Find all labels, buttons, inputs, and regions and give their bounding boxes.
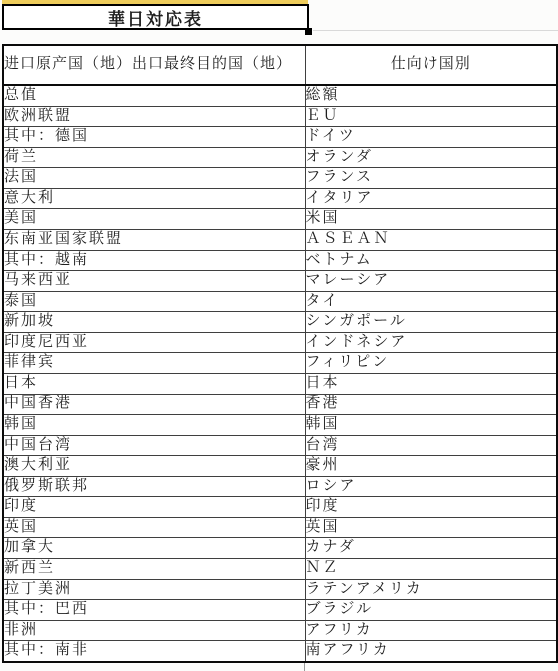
source-country-cell[interactable]: 泰国 — [3, 291, 305, 312]
title-cell[interactable]: 華日対応表 — [2, 4, 309, 30]
table-row: 澳大利亚豪州 — [3, 456, 557, 477]
destination-country-cell[interactable]: 韩国 — [305, 415, 557, 436]
source-country-cell[interactable]: 欧洲联盟 — [3, 106, 305, 127]
destination-country-cell[interactable]: ロシア — [305, 476, 557, 497]
destination-country-cell[interactable]: 米国 — [305, 209, 557, 230]
destination-country-cell[interactable]: ＡＳＥＡＮ — [305, 230, 557, 251]
table-row: 新加坡シンガポール — [3, 312, 557, 333]
table-row: 法国フランス — [3, 168, 557, 189]
destination-country-cell[interactable]: 日本 — [305, 373, 557, 394]
table-row: 印度尼西亚インドネシア — [3, 332, 557, 353]
destination-country-cell[interactable]: 印度 — [305, 497, 557, 518]
table-row: 拉丁美洲ラテンアメリカ — [3, 579, 557, 600]
table-row: 非洲アフリカ — [3, 620, 557, 641]
table-row: 其中：南非南アフリカ — [3, 641, 557, 662]
destination-country-cell[interactable]: カナダ — [305, 538, 557, 559]
table-row: 加拿大カナダ — [3, 538, 557, 559]
destination-country-cell[interactable]: シンガポール — [305, 312, 557, 333]
source-country-cell[interactable]: 新西兰 — [3, 559, 305, 580]
selection-fill-handle[interactable] — [305, 28, 312, 35]
destination-country-cell[interactable]: ベトナム — [305, 250, 557, 271]
source-country-cell[interactable]: 印度尼西亚 — [3, 332, 305, 353]
source-country-cell[interactable]: 其中：南非 — [3, 641, 305, 662]
source-country-cell[interactable]: 东南亚国家联盟 — [3, 230, 305, 251]
source-country-cell[interactable]: 荷兰 — [3, 147, 305, 168]
table-row: 韩国韩国 — [3, 415, 557, 436]
destination-country-cell[interactable]: フランス — [305, 168, 557, 189]
table-row: 东南亚国家联盟ＡＳＥＡＮ — [3, 230, 557, 251]
source-country-cell[interactable]: 其中：德国 — [3, 127, 305, 148]
table-row: 总值総額 — [3, 85, 557, 106]
source-country-cell[interactable]: 英国 — [3, 517, 305, 538]
table-row: 欧洲联盟ＥＵ — [3, 106, 557, 127]
destination-country-cell[interactable]: オランダ — [305, 147, 557, 168]
table-row: 其中：德国ドイツ — [3, 127, 557, 148]
source-country-cell[interactable]: 日本 — [3, 373, 305, 394]
source-country-cell[interactable]: 中国台湾 — [3, 435, 305, 456]
table-header-row: 进口原产国（地）出口最终目的国（地） 仕向け国別 — [3, 45, 557, 85]
table-row: 菲律宾フィリピン — [3, 353, 557, 374]
destination-country-cell[interactable]: 総額 — [305, 85, 557, 106]
source-country-cell[interactable]: 法国 — [3, 168, 305, 189]
correspondence-table: 进口原产国（地）出口最终目的国（地） 仕向け国別 总值総額欧洲联盟ＥＵ其中：德国… — [2, 44, 558, 663]
source-country-cell[interactable]: 韩国 — [3, 415, 305, 436]
source-country-cell[interactable]: 拉丁美洲 — [3, 579, 305, 600]
destination-country-cell[interactable]: インドネシア — [305, 332, 557, 353]
source-country-cell[interactable]: 美国 — [3, 209, 305, 230]
table-row: 泰国タイ — [3, 291, 557, 312]
destination-country-cell[interactable]: 南アフリカ — [305, 641, 557, 662]
spreadsheet-canvas: 華日対応表 进口原产国（地）出口最终目的国（地） 仕向け国別 总值総額欧洲联盟Ｅ… — [0, 0, 558, 671]
source-country-cell[interactable]: 澳大利亚 — [3, 456, 305, 477]
source-column-header[interactable]: 进口原产国（地）出口最终目的国（地） — [3, 45, 305, 85]
source-country-cell[interactable]: 非洲 — [3, 620, 305, 641]
table-row: 荷兰オランダ — [3, 147, 557, 168]
source-country-cell[interactable]: 意大利 — [3, 188, 305, 209]
table-row: 马来西亚マレーシア — [3, 271, 557, 292]
table-row: 其中：越南ベトナム — [3, 250, 557, 271]
table-row: 意大利イタリア — [3, 188, 557, 209]
source-country-cell[interactable]: 俄罗斯联邦 — [3, 476, 305, 497]
destination-country-cell[interactable]: イタリア — [305, 188, 557, 209]
source-country-cell[interactable]: 菲律宾 — [3, 353, 305, 374]
source-country-cell[interactable]: 其中：巴西 — [3, 600, 305, 621]
destination-country-cell[interactable]: フィリピン — [305, 353, 557, 374]
table-row: 美国米国 — [3, 209, 557, 230]
destination-country-cell[interactable]: 豪州 — [305, 456, 557, 477]
destination-country-cell[interactable]: ＥＵ — [305, 106, 557, 127]
destination-country-cell[interactable]: アフリカ — [305, 620, 557, 641]
destination-country-cell[interactable]: ＮＺ — [305, 559, 557, 580]
destination-country-cell[interactable]: マレーシア — [305, 271, 557, 292]
table-row: 俄罗斯联邦ロシア — [3, 476, 557, 497]
destination-country-cell[interactable]: ブラジル — [305, 600, 557, 621]
table-row: 中国香港香港 — [3, 394, 557, 415]
source-country-cell[interactable]: 其中：越南 — [3, 250, 305, 271]
gridline — [304, 663, 305, 671]
destination-country-cell[interactable]: 香港 — [305, 394, 557, 415]
source-country-cell[interactable]: 中国香港 — [3, 394, 305, 415]
destination-country-cell[interactable]: 台湾 — [305, 435, 557, 456]
destination-country-cell[interactable]: ラテンアメリカ — [305, 579, 557, 600]
table-row: 印度印度 — [3, 497, 557, 518]
gridline — [313, 30, 558, 31]
table-row: 其中：巴西ブラジル — [3, 600, 557, 621]
destination-column-header[interactable]: 仕向け国別 — [305, 45, 557, 85]
table-row: 英国英国 — [3, 517, 557, 538]
source-country-cell[interactable]: 马来西亚 — [3, 271, 305, 292]
destination-country-cell[interactable]: ドイツ — [305, 127, 557, 148]
destination-country-cell[interactable]: 英国 — [305, 517, 557, 538]
page-title: 華日対応表 — [108, 5, 203, 30]
destination-country-cell[interactable]: タイ — [305, 291, 557, 312]
table-body: 总值総額欧洲联盟ＥＵ其中：德国ドイツ荷兰オランダ法国フランス意大利イタリア美国米… — [3, 85, 557, 662]
table-row: 新西兰ＮＺ — [3, 559, 557, 580]
table-row: 日本日本 — [3, 373, 557, 394]
source-country-cell[interactable]: 总值 — [3, 85, 305, 106]
table-row: 中国台湾台湾 — [3, 435, 557, 456]
source-country-cell[interactable]: 加拿大 — [3, 538, 305, 559]
source-country-cell[interactable]: 印度 — [3, 497, 305, 518]
source-country-cell[interactable]: 新加坡 — [3, 312, 305, 333]
